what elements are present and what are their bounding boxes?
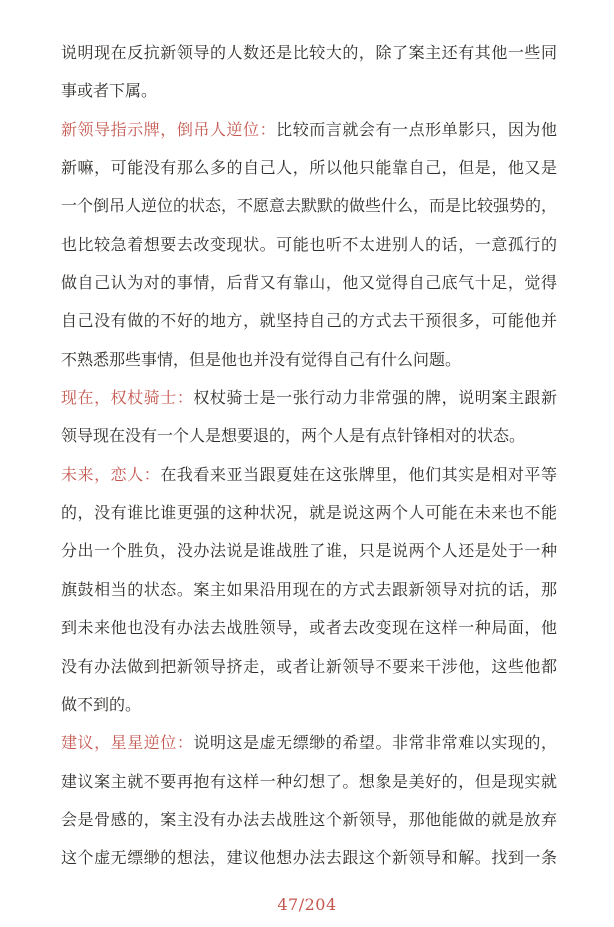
text-line: 自己没有做的不好的地方，就坚持自己的方式去干预很多，可能他并 xyxy=(61,302,557,340)
text-line: 新嘛，可能没有那么多的自己人，所以他只能靠自己，但是，他又是 xyxy=(61,149,557,187)
text-line: 建议，星星逆位：说明这是虚无缥缈的希望。非常非常难以实现的， xyxy=(61,724,557,762)
line-text: 到未来他也没有办法去战胜领导，或者去改变现在这样一种局面，他 xyxy=(61,618,557,637)
page-number: 47/204 xyxy=(0,895,614,914)
line-text: 这个虚无缥缈的想法，建议他想办法去跟这个新领导和解。找到一条 xyxy=(61,848,557,867)
text-line: 分出一个胜负，没办法说是谁战胜了谁，只是说两个人还是处于一种 xyxy=(61,532,557,570)
text-line: 新领导指示牌，倒吊人逆位：比较而言就会有一点形单影只，因为他 xyxy=(61,111,557,149)
line-text: 会是骨感的，案主没有办法去战胜这个新领导，那他能做的就是放弃 xyxy=(61,810,557,829)
text-line: 领导现在没有一个人是想要退的，两个人是有点针锋相对的状态。 xyxy=(61,417,557,455)
line-text: 做自己认为对的事情，后背又有靠山，他又觉得自己底气十足，觉得 xyxy=(61,273,557,292)
line-text: 权杖骑士是一张行动力非常强的牌，说明案主跟新 xyxy=(193,388,557,407)
text-line: 这个虚无缥缈的想法，建议他想办法去跟这个新领导和解。找到一条 xyxy=(61,839,557,877)
text-line: 旗鼓相当的状态。案主如果沿用现在的方式去跟新领导对抗的话，那 xyxy=(61,571,557,609)
text-block: 说明现在反抗新领导的人数还是比较大的，除了案主还有其他一些同事或者下属。新领导指… xyxy=(61,34,557,878)
text-line: 现在，权杖骑士：权杖骑士是一张行动力非常强的牌，说明案主跟新 xyxy=(61,379,557,417)
line-text: 事或者下属。 xyxy=(61,81,157,100)
line-text: 的，没有谁比谁更强的这种状况，就是说这两个人可能在未来也不能 xyxy=(61,503,557,522)
line-text: 一个倒吊人逆位的状态，不愿意去默默的做些什么，而是比较强势的， xyxy=(61,196,557,215)
line-text: 做不到的。 xyxy=(61,695,141,714)
text-line: 到未来他也没有办法去战胜领导，或者去改变现在这样一种局面，他 xyxy=(61,609,557,647)
text-line: 事或者下属。 xyxy=(61,72,557,110)
text-line: 未来，恋人：在我看来亚当跟夏娃在这张牌里，他们其实是相对平等 xyxy=(61,456,557,494)
text-line: 一个倒吊人逆位的状态，不愿意去默默的做些什么，而是比较强势的， xyxy=(61,187,557,225)
text-line: 说明现在反抗新领导的人数还是比较大的，除了案主还有其他一些同 xyxy=(61,34,557,72)
line-text: 旗鼓相当的状态。案主如果沿用现在的方式去跟新领导对抗的话，那 xyxy=(61,580,557,599)
text-line: 不熟悉那些事情，但是他也并没有觉得自己有什么问题。 xyxy=(61,341,557,379)
line-text: 分出一个胜负，没办法说是谁战胜了谁，只是说两个人还是处于一种 xyxy=(61,541,557,560)
text-line: 也比较急着想要去改变现状。可能也听不太进别人的话，一意孤行的 xyxy=(61,226,557,264)
text-line: 的，没有谁比谁更强的这种状况，就是说这两个人可能在未来也不能 xyxy=(61,494,557,532)
text-line: 做不到的。 xyxy=(61,686,557,724)
line-text: 也比较急着想要去改变现状。可能也听不太进别人的话，一意孤行的 xyxy=(61,235,557,254)
line-text: 新嘛，可能没有那么多的自己人，所以他只能靠自己，但是，他又是 xyxy=(61,158,557,177)
text-line: 会是骨感的，案主没有办法去战胜这个新领导，那他能做的就是放弃 xyxy=(61,801,557,839)
text-line: 没有办法做到把新领导挤走，或者让新领导不要来干涉他，这些他都 xyxy=(61,648,557,686)
text-line: 做自己认为对的事情，后背又有靠山，他又觉得自己底气十足，觉得 xyxy=(61,264,557,302)
section-heading: 现在，权杖骑士： xyxy=(61,388,193,407)
line-text: 自己没有做的不好的地方，就坚持自己的方式去干预很多，可能他并 xyxy=(61,311,557,330)
line-text: 没有办法做到把新领导挤走，或者让新领导不要来干涉他，这些他都 xyxy=(61,657,557,676)
line-text: 建议案主就不要再抱有这样一种幻想了。想象是美好的，但是现实就 xyxy=(61,772,557,791)
line-text: 说明现在反抗新领导的人数还是比较大的，除了案主还有其他一些同 xyxy=(61,43,557,62)
section-heading: 未来，恋人： xyxy=(61,465,160,484)
line-text: 领导现在没有一个人是想要退的，两个人是有点针锋相对的状态。 xyxy=(61,426,525,445)
section-heading: 建议，星星逆位： xyxy=(61,733,193,752)
line-text: 比较而言就会有一点形单影只，因为他 xyxy=(276,120,557,139)
document-page: 说明现在反抗新领导的人数还是比较大的，除了案主还有其他一些同事或者下属。新领导指… xyxy=(0,0,614,927)
line-text: 在我看来亚当跟夏娃在这张牌里，他们其实是相对平等 xyxy=(160,465,557,484)
line-text: 不熟悉那些事情，但是他也并没有觉得自己有什么问题。 xyxy=(61,350,461,369)
section-heading: 新领导指示牌，倒吊人逆位： xyxy=(61,120,276,139)
line-text: 说明这是虚无缥缈的希望。非常非常难以实现的， xyxy=(193,733,557,752)
text-line: 建议案主就不要再抱有这样一种幻想了。想象是美好的，但是现实就 xyxy=(61,763,557,801)
